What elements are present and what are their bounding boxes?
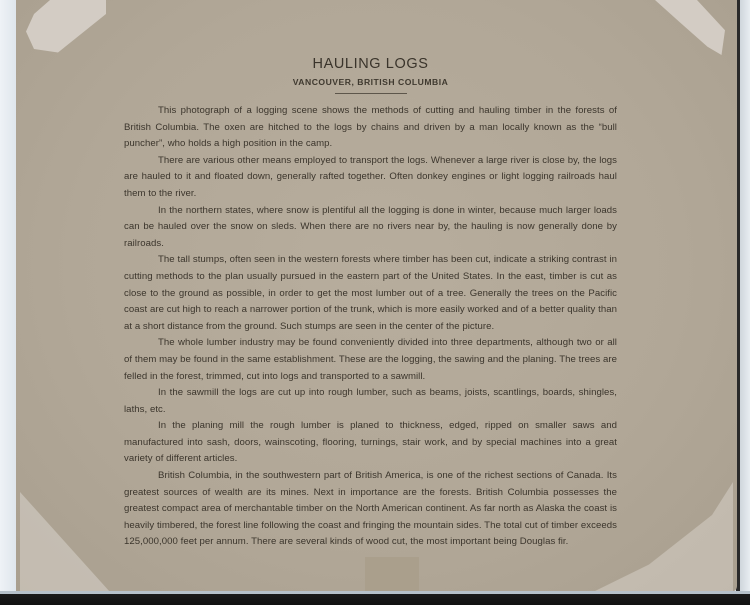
- paper-wear-bottom-left: [20, 492, 110, 592]
- paragraph: In the sawmill the logs are cut up into …: [124, 385, 617, 418]
- paragraph: There are various other means employed t…: [124, 153, 617, 203]
- paper-wear-top-left: [26, 0, 106, 70]
- paragraph: In the planing mill the rough lumber is …: [124, 418, 617, 468]
- scanner-left-margin: [0, 0, 16, 592]
- paper-wear-top-right: [655, 0, 725, 55]
- paragraph: In the northern states, where snow is pl…: [124, 203, 617, 253]
- scanner-bottom-edge: [0, 591, 750, 605]
- scanner-right-margin: [736, 0, 750, 605]
- text-block: HAULING LOGS VANCOUVER, BRITISH COLUMBIA…: [124, 56, 617, 551]
- card-tab-mark: [365, 557, 419, 592]
- title-divider: [335, 93, 407, 94]
- document-title: HAULING LOGS: [124, 56, 617, 72]
- paragraph: This photograph of a logging scene shows…: [124, 103, 617, 153]
- paragraph: British Columbia, in the southwestern pa…: [124, 468, 617, 551]
- paragraph: The whole lumber industry may be found c…: [124, 335, 617, 385]
- paragraph: The tall stumps, often seen in the weste…: [124, 252, 617, 335]
- document-subtitle: VANCOUVER, BRITISH COLUMBIA: [124, 77, 617, 87]
